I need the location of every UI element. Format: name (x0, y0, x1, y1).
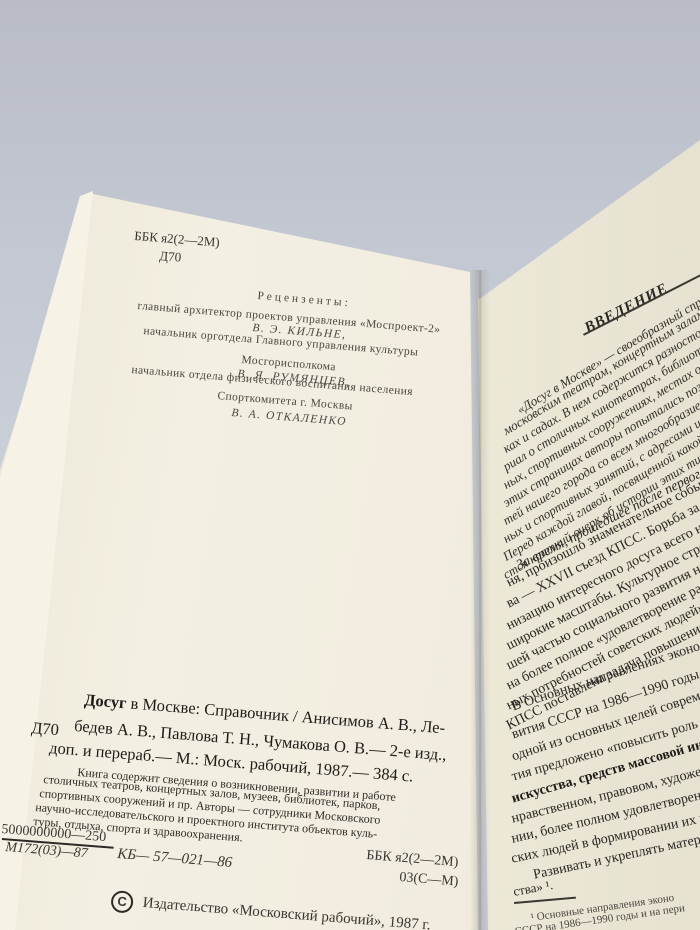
author-mark-top: Д70 (159, 248, 182, 266)
book-title: Досуг (84, 690, 128, 712)
author-mark-bibliographic: Д70 (30, 718, 59, 740)
copyright-icon: C (110, 890, 134, 914)
book-photo: ББК я2(2—2М) Д70 Рецензенты: главный арх… (0, 0, 700, 930)
book-gutter (470, 270, 490, 930)
